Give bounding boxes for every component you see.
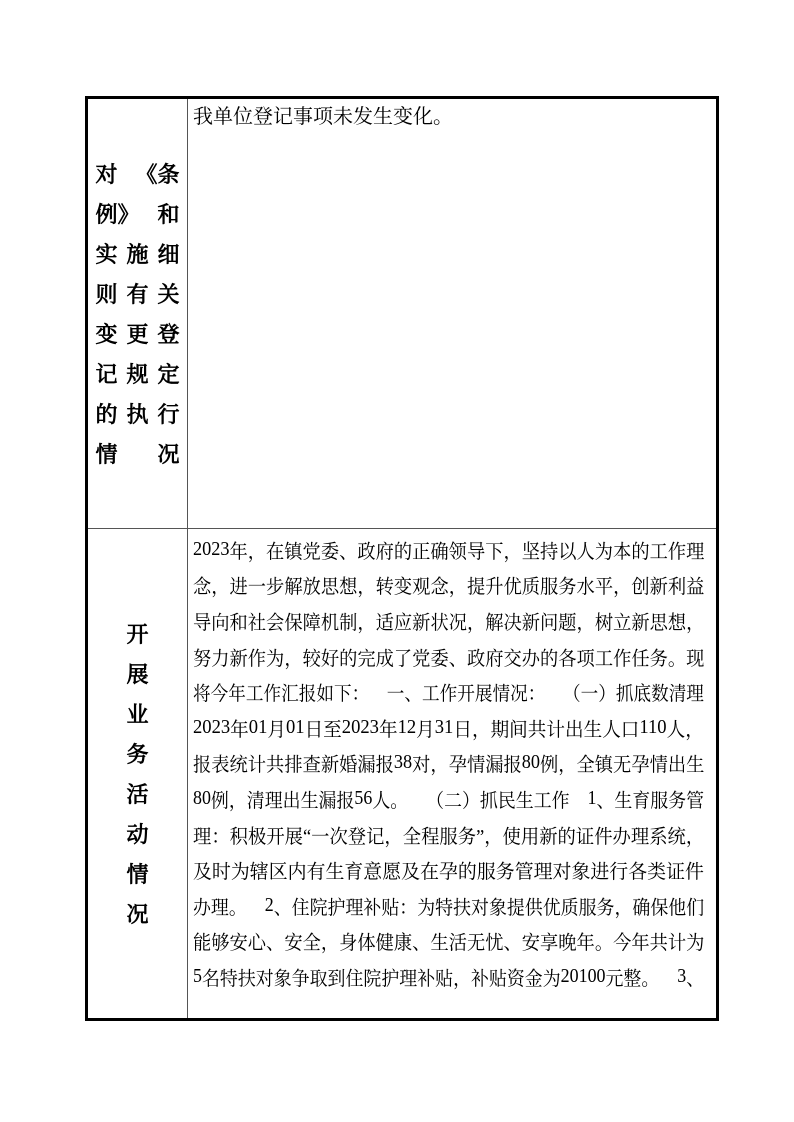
- business-activities-text: 2023年，在镇党委、政府的正确领导下，坚持以人为本的工作理念，进一步解放思想，…: [193, 529, 704, 995]
- business-activities-label-cell: 开展业务活动情况: [88, 529, 188, 1018]
- business-activities-content-cell: 2023年，在镇党委、政府的正确领导下，坚持以人为本的工作理念，进一步解放思想，…: [188, 529, 716, 1018]
- regulation-compliance-label: 对《条例》和实施细则有关变更登记规定的执行情 况: [96, 154, 180, 474]
- annual-report-table: 对《条例》和实施细则有关变更登记规定的执行情 况 我单位登记事项未发生变化。 开…: [85, 96, 719, 1021]
- business-activities-label: 开展业务活动情况: [96, 614, 180, 934]
- regulation-compliance-content-cell: 我单位登记事项未发生变化。: [188, 99, 716, 529]
- regulation-compliance-label-cell: 对《条例》和实施细则有关变更登记规定的执行情 况: [88, 99, 188, 529]
- regulation-compliance-text: 我单位登记事项未发生变化。: [193, 99, 704, 134]
- document-page: 对《条例》和实施细则有关变更登记规定的执行情 况 我单位登记事项未发生变化。 开…: [0, 0, 794, 1122]
